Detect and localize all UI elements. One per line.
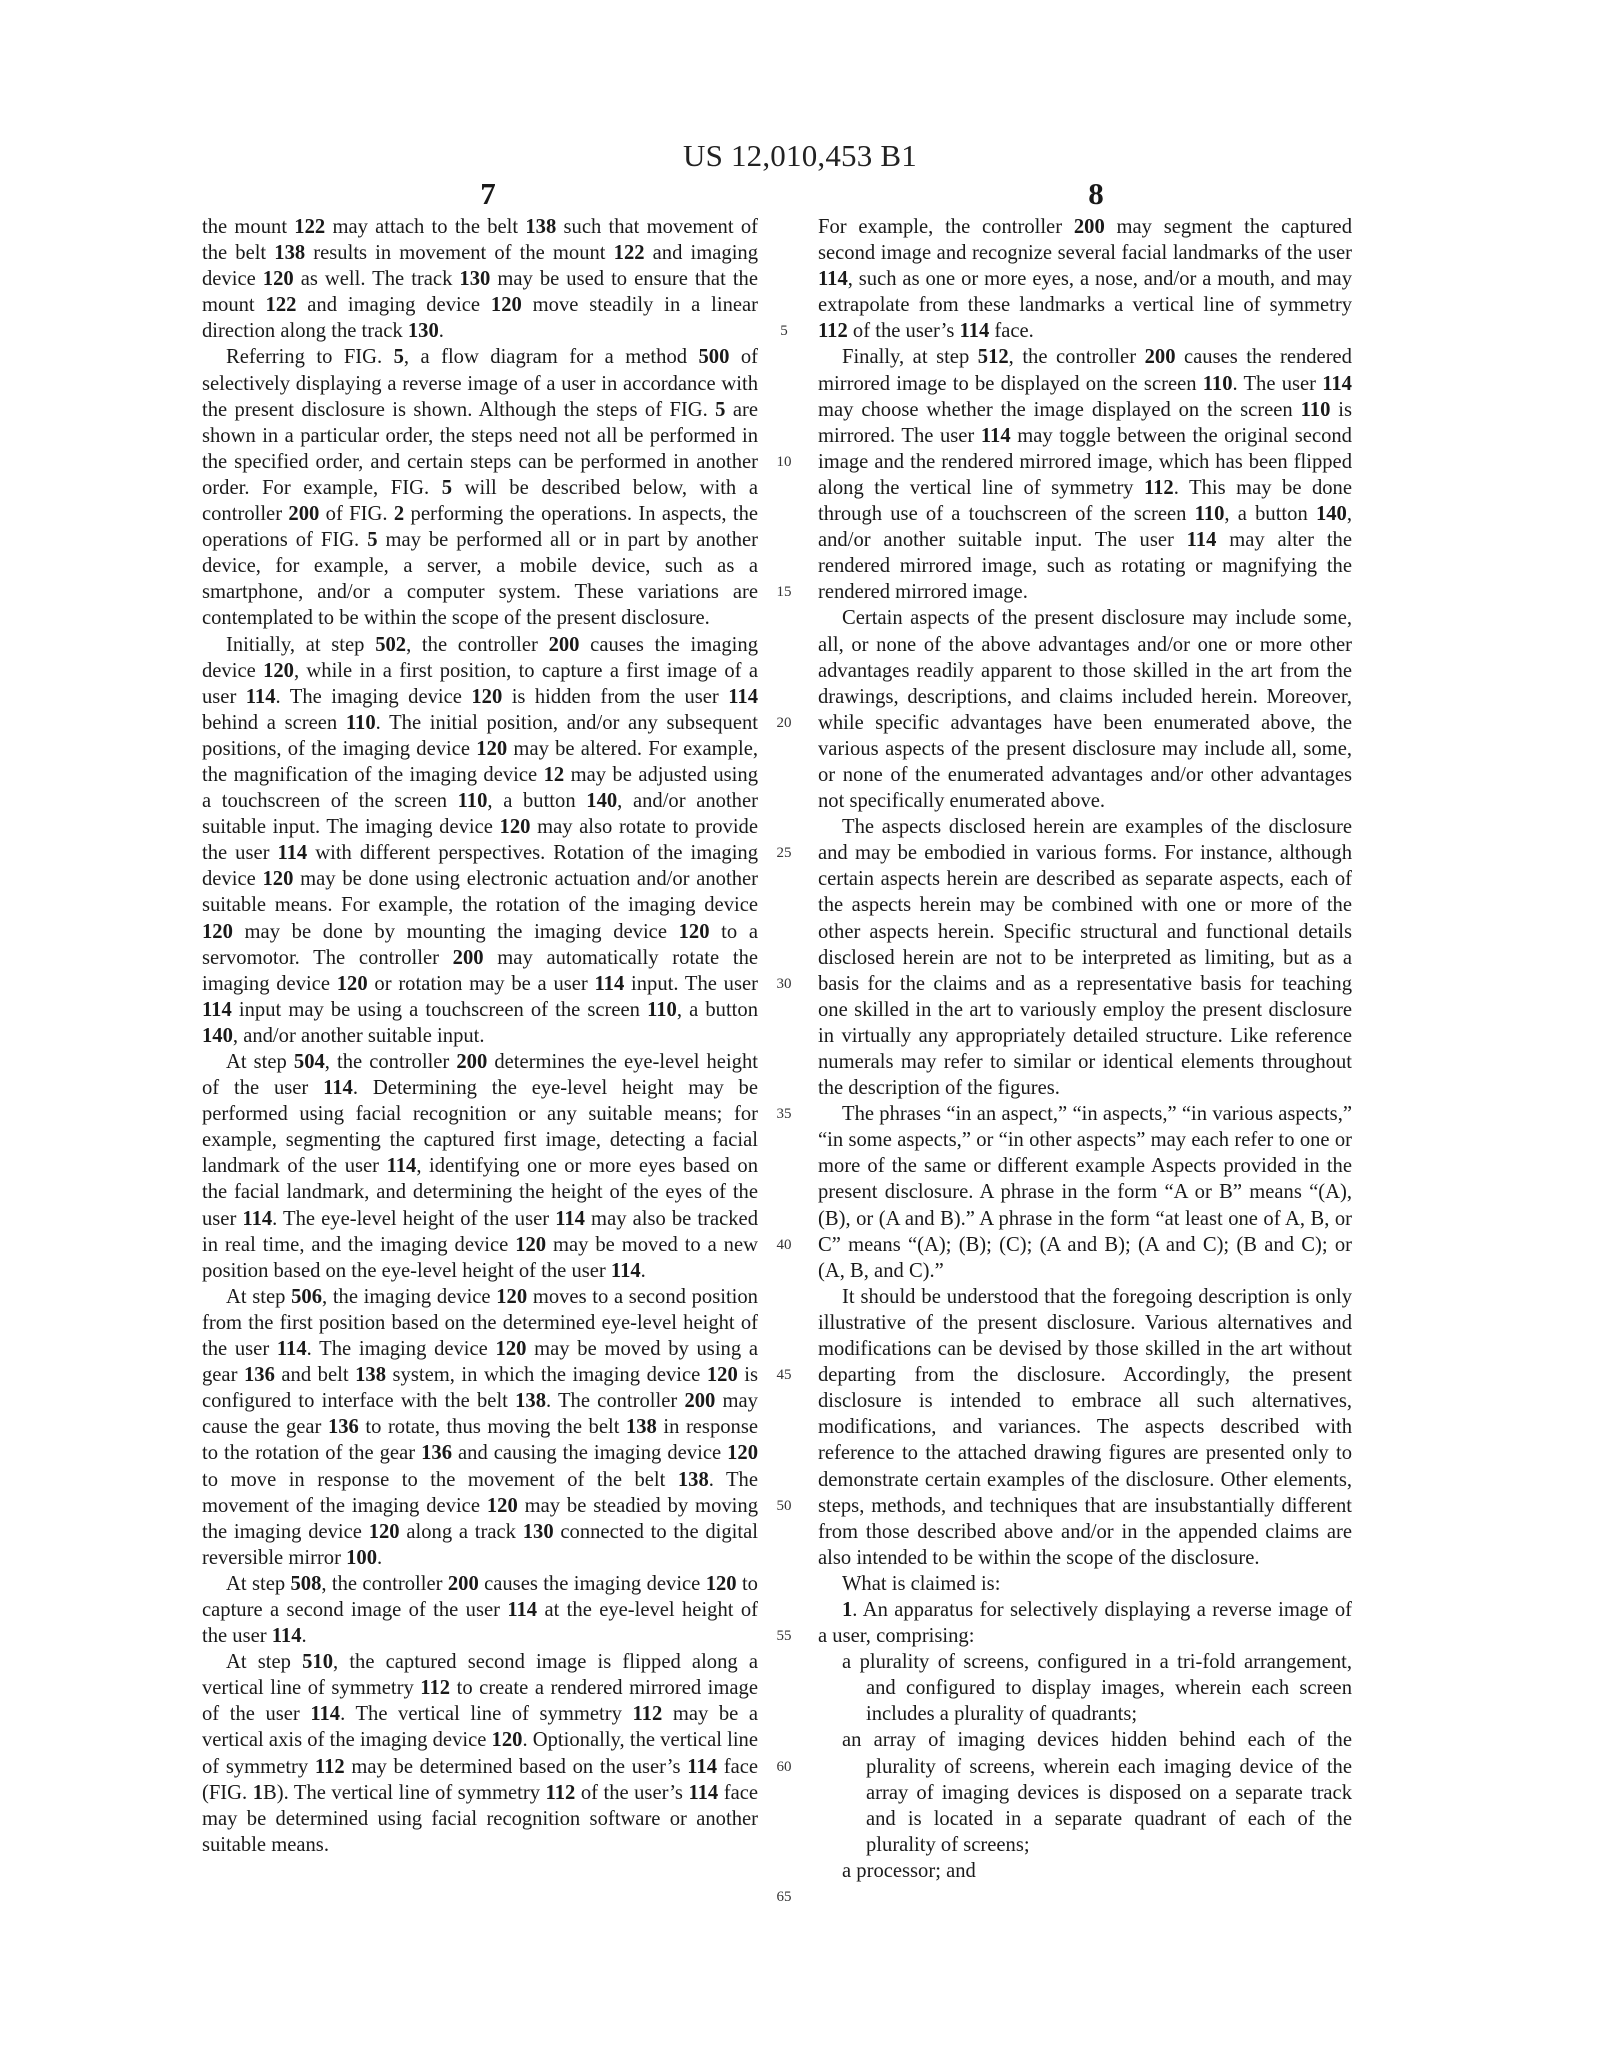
paragraph: It should be understood that the foregoi… [818, 1284, 1352, 1571]
reference-numeral: 506 [291, 1286, 322, 1308]
reference-numeral: 100 [346, 1547, 377, 1569]
reference-numeral: 5 [442, 477, 452, 499]
reference-numeral: 120 [476, 738, 507, 760]
reference-numeral: 508 [291, 1573, 322, 1595]
column-number-right: 8 [1066, 176, 1126, 212]
reference-numeral: 1 [253, 1782, 263, 1804]
claim-element: a plurality of screens, configured in a … [818, 1649, 1352, 1727]
paragraph: At step 504, the controller 200 determin… [202, 1049, 758, 1284]
reference-numeral: 130 [408, 320, 439, 342]
reference-numeral: 114 [277, 1338, 307, 1360]
reference-numeral: 510 [302, 1651, 333, 1673]
reference-numeral: 122 [614, 242, 645, 264]
reference-numeral: 122 [266, 294, 297, 316]
patent-number-header: US 12,010,453 B1 [0, 138, 1600, 174]
paragraph: At step 510, the captured second image i… [202, 1649, 758, 1858]
reference-numeral: 110 [346, 712, 376, 734]
reference-numeral: 112 [1144, 477, 1174, 499]
reference-numeral: 140 [1316, 503, 1347, 525]
reference-numeral: 140 [202, 1025, 233, 1047]
column-number-left: 7 [458, 176, 518, 212]
reference-numeral: 114 [507, 1599, 537, 1621]
reference-numeral: 5 [715, 399, 725, 421]
reference-numeral: 120 [727, 1442, 758, 1464]
reference-numeral: 120 [679, 921, 710, 943]
reference-numeral: 114 [310, 1703, 340, 1725]
line-number: 55 [764, 1623, 804, 1649]
reference-numeral: 200 [448, 1573, 479, 1595]
line-number: 40 [764, 1232, 804, 1258]
line-number: 60 [764, 1754, 804, 1780]
paragraph: Finally, at step 512, the controller 200… [818, 344, 1352, 605]
reference-numeral: 110 [1195, 503, 1225, 525]
reference-numeral: 120 [707, 1364, 738, 1386]
reference-numeral: 120 [706, 1573, 737, 1595]
reference-numeral: 200 [549, 634, 580, 656]
reference-numeral: 136 [421, 1442, 452, 1464]
paragraph: The aspects disclosed herein are example… [818, 814, 1352, 1101]
reference-numeral: 502 [375, 634, 406, 656]
reference-numeral: 140 [586, 790, 617, 812]
reference-numeral: 114 [611, 1260, 641, 1282]
reference-numeral: 110 [1203, 373, 1233, 395]
claim-element: an array of imaging devices hidden behin… [818, 1727, 1352, 1857]
claim-preamble-text: . An apparatus for selectively displayin… [818, 1599, 1352, 1647]
line-number: 30 [764, 971, 804, 997]
reference-numeral: 200 [456, 1051, 487, 1073]
line-number: 35 [764, 1101, 804, 1127]
reference-numeral: 120 [202, 921, 233, 943]
reference-numeral: 120 [492, 1729, 523, 1751]
reference-numeral: 200 [684, 1390, 715, 1412]
reference-numeral: 200 [1145, 346, 1176, 368]
reference-numeral: 120 [263, 868, 294, 890]
reference-numeral: 112 [546, 1782, 576, 1804]
reference-numeral: 130 [459, 268, 490, 290]
reference-numeral: 114 [1322, 373, 1352, 395]
reference-numeral: 120 [369, 1521, 400, 1543]
claims-intro: What is claimed is: [818, 1571, 1352, 1597]
reference-numeral: 138 [515, 1390, 546, 1412]
reference-numeral: 120 [487, 1495, 518, 1517]
reference-numeral: 114 [1187, 529, 1217, 551]
paragraph: For example, the controller 200 may segm… [818, 214, 1352, 344]
line-number: 65 [764, 1884, 804, 1910]
claim-1-preamble: 1. An apparatus for selectively displayi… [818, 1597, 1352, 1649]
reference-numeral: 114 [272, 1625, 302, 1647]
reference-numeral: 114 [595, 973, 625, 995]
reference-numeral: 138 [355, 1364, 386, 1386]
right-text-column: For example, the controller 200 may segm… [818, 214, 1352, 1884]
reference-numeral: 112 [818, 320, 848, 342]
reference-numeral: 200 [453, 947, 484, 969]
reference-numeral: 114 [818, 268, 848, 290]
reference-numeral: 114 [387, 1155, 417, 1177]
reference-numeral: 110 [458, 790, 488, 812]
reference-numeral: 504 [294, 1051, 325, 1073]
paragraph: Certain aspects of the present disclosur… [818, 605, 1352, 814]
reference-numeral: 120 [337, 973, 368, 995]
reference-numeral: 5 [367, 529, 377, 551]
reference-numeral: 114 [555, 1208, 585, 1230]
reference-numeral: 120 [515, 1234, 546, 1256]
reference-numeral: 110 [647, 999, 677, 1021]
reference-numeral: 5 [394, 346, 404, 368]
reference-numeral: 120 [496, 1286, 527, 1308]
reference-numeral: 120 [471, 686, 502, 708]
claim-element: a processor; and [818, 1858, 1352, 1884]
reference-numeral: 114 [981, 425, 1011, 447]
reference-numeral: 120 [491, 294, 522, 316]
paragraph: the mount 122 may attach to the belt 138… [202, 214, 758, 344]
line-number: 10 [764, 449, 804, 475]
line-number: 20 [764, 710, 804, 736]
reference-numeral: 138 [626, 1416, 657, 1438]
reference-numeral: 120 [263, 660, 294, 682]
reference-numeral: 114 [277, 842, 307, 864]
reference-numeral: 114 [202, 999, 232, 1021]
paragraph: Initially, at step 502, the controller 2… [202, 632, 758, 1050]
reference-numeral: 200 [288, 503, 319, 525]
reference-numeral: 500 [699, 346, 730, 368]
reference-numeral: 120 [500, 816, 531, 838]
reference-numeral: 130 [523, 1521, 554, 1543]
paragraph: At step 506, the imaging device 120 move… [202, 1284, 758, 1571]
line-number: 45 [764, 1362, 804, 1388]
line-number: 5 [764, 318, 804, 344]
paragraph: Referring to FIG. 5, a flow diagram for … [202, 344, 758, 631]
paragraph: At step 508, the controller 200 causes t… [202, 1571, 758, 1649]
reference-numeral: 136 [328, 1416, 359, 1438]
reference-numeral: 114 [687, 1756, 717, 1778]
reference-numeral: 110 [1301, 399, 1331, 421]
line-number: 25 [764, 840, 804, 866]
reference-numeral: 112 [632, 1703, 662, 1725]
reference-numeral: 114 [688, 1782, 718, 1804]
reference-numeral: 112 [420, 1677, 450, 1699]
reference-numeral: 136 [244, 1364, 275, 1386]
reference-numeral: 138 [525, 216, 556, 238]
left-text-column: the mount 122 may attach to the belt 138… [202, 214, 758, 1858]
reference-numeral: 138 [274, 242, 305, 264]
reference-numeral: 114 [246, 686, 276, 708]
reference-numeral: 120 [263, 268, 294, 290]
reference-numeral: 12 [544, 764, 565, 786]
reference-numeral: 200 [1074, 216, 1105, 238]
reference-numeral: 114 [323, 1077, 353, 1099]
reference-numeral: 114 [728, 686, 758, 708]
line-number: 50 [764, 1493, 804, 1519]
reference-numeral: 114 [242, 1208, 272, 1230]
claim-number: 1 [842, 1599, 852, 1621]
reference-numeral: 112 [315, 1756, 345, 1778]
line-number: 15 [764, 579, 804, 605]
reference-numeral: 122 [294, 216, 325, 238]
reference-numeral: 114 [959, 320, 989, 342]
reference-numeral: 2 [394, 503, 404, 525]
paragraph: The phrases “in an aspect,” “in aspects,… [818, 1101, 1352, 1284]
reference-numeral: 138 [678, 1469, 709, 1491]
reference-numeral: 512 [978, 346, 1009, 368]
reference-numeral: 120 [496, 1338, 527, 1360]
